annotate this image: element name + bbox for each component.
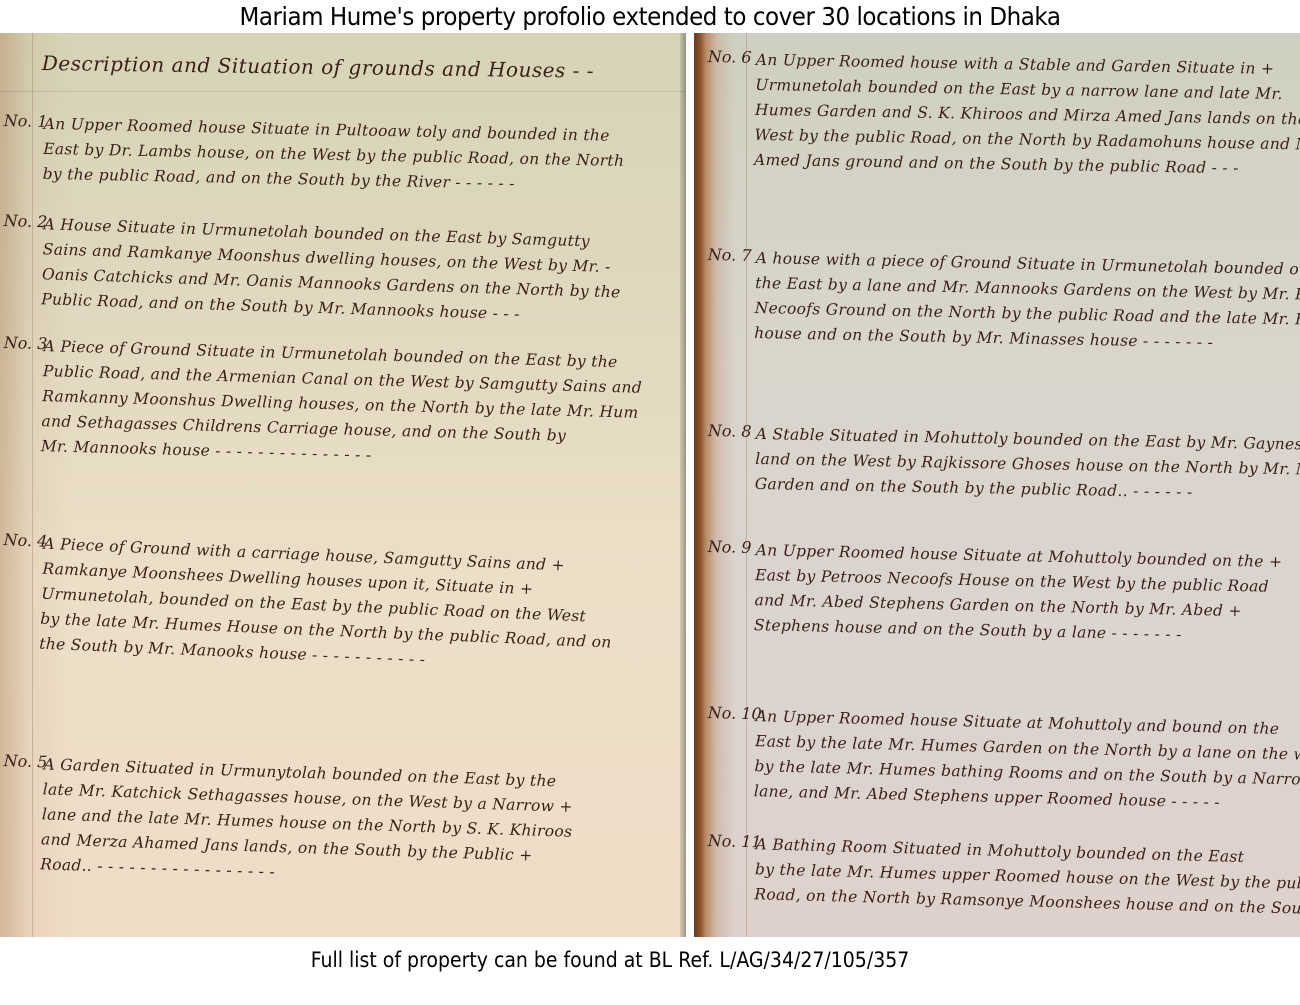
entry-number: No. 8	[708, 421, 752, 441]
entry-number: No. 3	[3, 333, 47, 353]
property-entry-11: No. 11 A Bathing Room Situated in Mohutt…	[708, 831, 1298, 846]
entry-number: No. 4	[3, 530, 47, 551]
property-entry-3: No. 3 A Piece of Ground Situate in Urmun…	[4, 333, 684, 352]
entry-number: No. 9	[708, 537, 752, 557]
manuscript-page-right: No. 6 An Upper Roomed house with a Stabl…	[694, 33, 1300, 937]
entry-number: No. 5	[3, 751, 47, 771]
entry-number: No. 2	[3, 211, 47, 231]
property-entry-4: No. 4 A Piece of Ground with a carriage …	[4, 530, 683, 558]
margin-line	[746, 33, 747, 937]
entry-number: No. 6	[708, 47, 752, 67]
property-entry-2: No. 2 A House Situate in Urmunetolah bou…	[4, 211, 684, 232]
property-entry-1: No. 1 An Upper Roomed house Situate in P…	[4, 111, 684, 125]
source-caption: Full list of property can be found at BL…	[61, 948, 1159, 972]
entry-number: No. 7	[708, 245, 752, 265]
property-entry-6: No. 6 An Upper Roomed house with a Stabl…	[708, 47, 1298, 57]
manuscript-page-left: Description and Situation of grounds and…	[0, 33, 686, 937]
ruled-line	[0, 91, 686, 92]
property-entry-10: No. 10 An Upper Roomed house Situate at …	[708, 703, 1298, 717]
property-entry-7: No. 7 A house with a piece of Ground Sit…	[708, 245, 1298, 257]
entry-number: No. 10	[708, 703, 762, 723]
margin-line	[32, 33, 33, 937]
page-title: Mariam Hume's property profolio extended…	[52, 2, 1248, 31]
entry-number: No. 11	[708, 831, 762, 851]
property-entry-8: No. 8 A Stable Situated in Mohuttoly bou…	[708, 421, 1298, 432]
document-heading: Description and Situation of grounds and…	[42, 51, 595, 83]
property-entry-9: No. 9 An Upper Roomed house Situate at M…	[708, 537, 1298, 550]
entry-number: No. 1	[4, 111, 48, 131]
property-entry-5: No. 5 A Garden Situated in Urmunytolah b…	[4, 751, 684, 774]
